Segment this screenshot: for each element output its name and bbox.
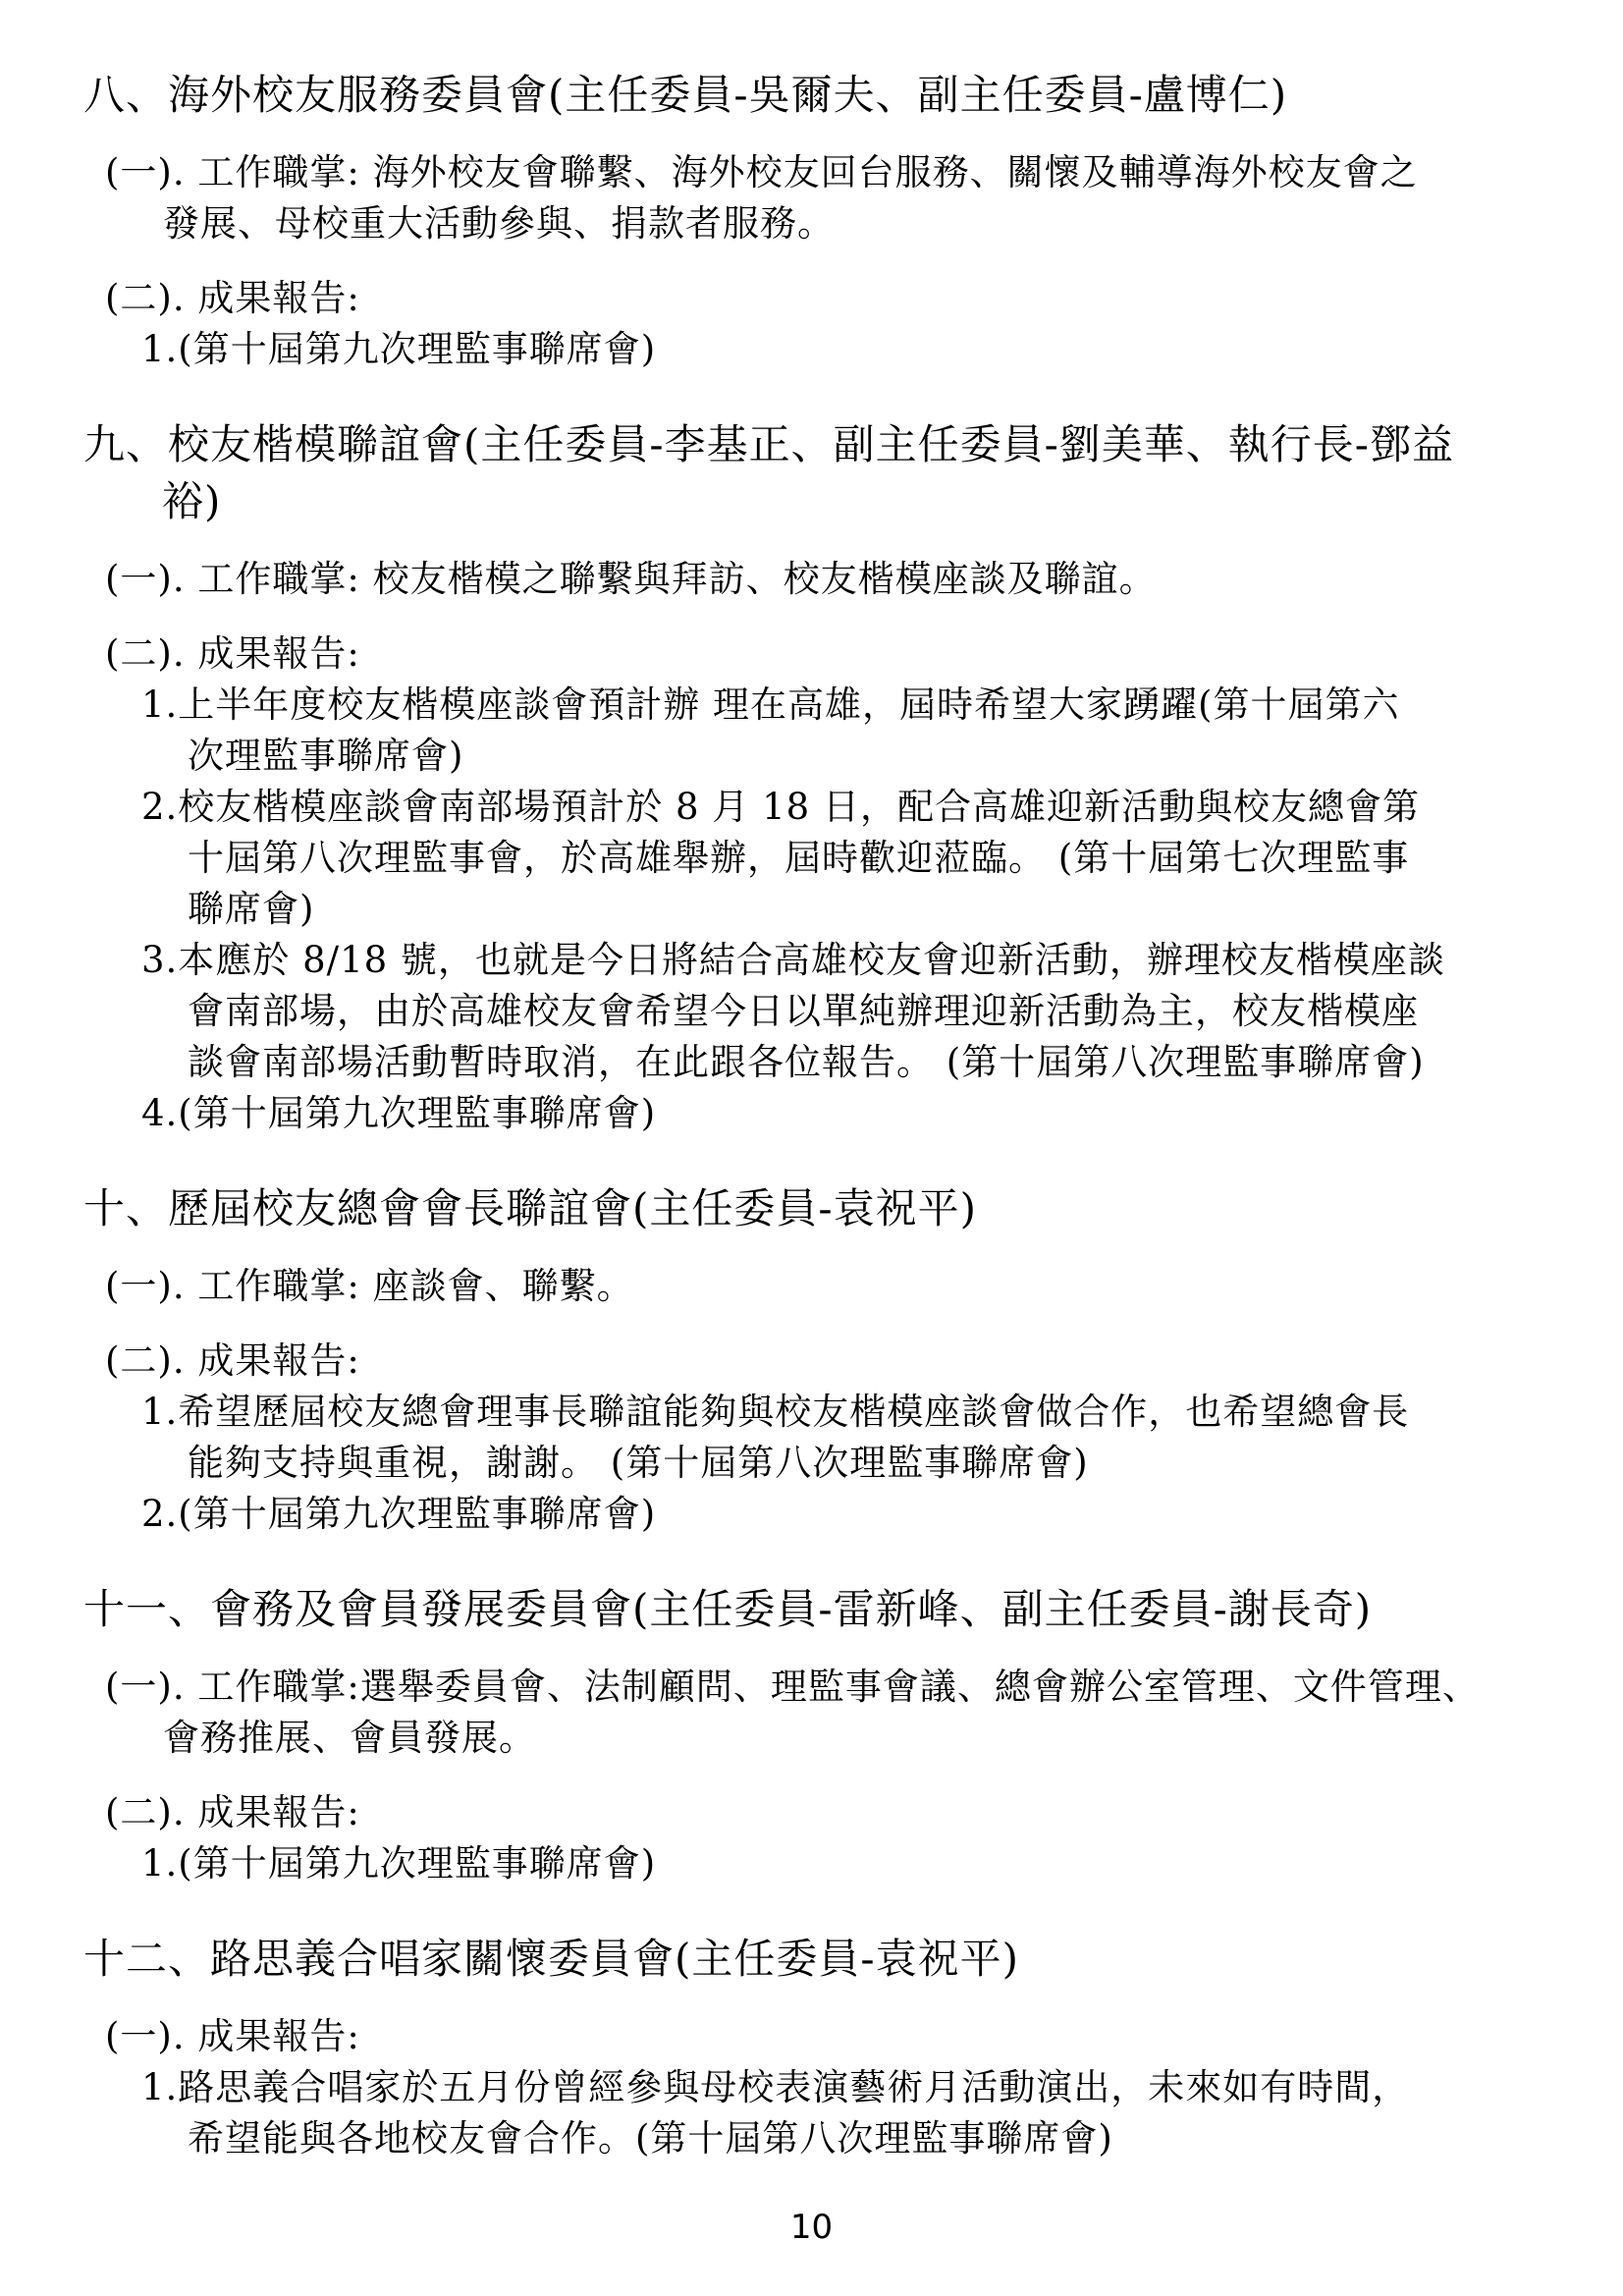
subitem-text-line: 1.上半年度校友楷模座談會預計辦 理在高雄，屆時希望大家踴躍(第十屆第六 <box>0 680 1623 731</box>
subitem-text-line: 3.本應於 8/18 號，也就是今日將結合高雄校友會迎新活動，辦理校友楷模座談 <box>0 935 1623 986</box>
list-item: (二). 成果報告:1.上半年度校友楷模座談會預計辦 理在高雄，屆時希望大家踴躍… <box>0 629 1623 1139</box>
section-heading-line: 十、歷屆校友總會會長聯誼會(主任委員-袁祝平) <box>0 1180 1623 1237</box>
item-text-line: (一). 成果報告: <box>0 2011 1623 2062</box>
item-text-line: (二). 成果報告: <box>0 629 1623 680</box>
subitem-text-line: 談會南部場活動暫時取消，在此跟各位報告。 (第十屆第八次理監事聯席會) <box>0 1037 1623 1088</box>
subitem-text-line: 1.(第十屆第九次理監事聯席會) <box>0 324 1623 375</box>
list-item: (一). 工作職掌:選舉委員會、法制顧問、理監事會議、總會辦公室管理、文件管理、… <box>0 1662 1623 1764</box>
item-text-line: 會務推展、會員發展。 <box>0 1713 1623 1764</box>
subitem-text-line: 1.(第十屆第九次理監事聯席會) <box>0 1838 1623 1889</box>
section: 十一、會務及會員發展委員會(主任委員-雷新峰、副主任委員-謝長奇)(一). 工作… <box>0 1581 1623 1889</box>
subitem-text-line: 1.希望歷屆校友總會理事長聯誼能夠與校友楷模座談會做合作，也希望總會長 <box>0 1387 1623 1438</box>
list-item: (二). 成果報告:1.(第十屆第九次理監事聯席會) <box>0 273 1623 375</box>
section-heading-line: 裕) <box>0 473 1623 530</box>
subitem-text-line: 十屆第八次理監事會，於高雄舉辦，屆時歡迎蒞臨。 (第十屆第七次理監事 <box>0 833 1623 884</box>
list-item: (二). 成果報告:1.希望歷屆校友總會理事長聯誼能夠與校友楷模座談會做合作，也… <box>0 1336 1623 1540</box>
section-heading-line: 十一、會務及會員發展委員會(主任委員-雷新峰、副主任委員-謝長奇) <box>0 1581 1623 1638</box>
subitem-text-line: 會南部場，由於高雄校友會希望今日以單純辦理迎新活動為主，校友楷模座 <box>0 986 1623 1037</box>
subitem-text-line: 2.校友楷模座談會南部場預計於 8 月 18 日，配合高雄迎新活動與校友總會第 <box>0 782 1623 833</box>
document-body: 八、海外校友服務委員會(主任委員-吳爾夫、副主任委員-盧博仁)(一). 工作職掌… <box>0 0 1623 2164</box>
item-text-line: (二). 成果報告: <box>0 1336 1623 1387</box>
list-item: (一). 工作職掌: 座談會、聯繫。 <box>0 1261 1623 1312</box>
section: 十、歷屆校友總會會長聯誼會(主任委員-袁祝平)(一). 工作職掌: 座談會、聯繫… <box>0 1180 1623 1540</box>
item-text-line: (一). 工作職掌: 座談會、聯繫。 <box>0 1261 1623 1312</box>
item-text-line: (二). 成果報告: <box>0 1787 1623 1838</box>
list-item: (二). 成果報告:1.(第十屆第九次理監事聯席會) <box>0 1787 1623 1889</box>
page-number: 10 <box>0 2208 1623 2247</box>
item-text-line: (二). 成果報告: <box>0 273 1623 324</box>
section: 十二、路思義合唱家關懷委員會(主任委員-袁祝平)(一). 成果報告:1.路思義合… <box>0 1931 1623 2164</box>
section-heading-line: 十二、路思義合唱家關懷委員會(主任委員-袁祝平) <box>0 1931 1623 1988</box>
item-text-line: 發展、母校重大活動參與、捐款者服務。 <box>0 198 1623 249</box>
subitem-text-line: 希望能與各地校友會合作。(第十屆第八次理監事聯席會) <box>0 2113 1623 2164</box>
item-text-line: (一). 工作職掌:選舉委員會、法制顧問、理監事會議、總會辦公室管理、文件管理、 <box>0 1662 1623 1713</box>
list-item: (一). 工作職掌: 海外校友會聯繫、海外校友回台服務、關懷及輔導海外校友會之發… <box>0 147 1623 249</box>
subitem-text-line: 能夠支持與重視，謝謝。 (第十屆第八次理監事聯席會) <box>0 1438 1623 1489</box>
item-text-line: (一). 工作職掌: 海外校友會聯繫、海外校友回台服務、關懷及輔導海外校友會之 <box>0 147 1623 198</box>
document-page: 八、海外校友服務委員會(主任委員-吳爾夫、副主任委員-盧博仁)(一). 工作職掌… <box>0 0 1623 2296</box>
section: 八、海外校友服務委員會(主任委員-吳爾夫、副主任委員-盧博仁)(一). 工作職掌… <box>0 67 1623 375</box>
subitem-text-line: 次理監事聯席會) <box>0 731 1623 782</box>
subitem-text-line: 4.(第十屆第九次理監事聯席會) <box>0 1088 1623 1139</box>
section-heading-line: 九、校友楷模聯誼會(主任委員-李基正、副主任委員-劉美華、執行長-鄧益 <box>0 416 1623 473</box>
subitem-text-line: 2.(第十屆第九次理監事聯席會) <box>0 1489 1623 1540</box>
section-heading-line: 八、海外校友服務委員會(主任委員-吳爾夫、副主任委員-盧博仁) <box>0 67 1623 124</box>
subitem-text-line: 聯席會) <box>0 884 1623 935</box>
subitem-text-line: 1.路思義合唱家於五月份曾經參與母校表演藝術月活動演出，未來如有時間， <box>0 2062 1623 2113</box>
list-item: (一). 成果報告:1.路思義合唱家於五月份曾經參與母校表演藝術月活動演出，未來… <box>0 2011 1623 2164</box>
section: 九、校友楷模聯誼會(主任委員-李基正、副主任委員-劉美華、執行長-鄧益裕)(一)… <box>0 416 1623 1139</box>
list-item: (一). 工作職掌: 校友楷模之聯繫與拜訪、校友楷模座談及聯誼。 <box>0 554 1623 605</box>
item-text-line: (一). 工作職掌: 校友楷模之聯繫與拜訪、校友楷模座談及聯誼。 <box>0 554 1623 605</box>
